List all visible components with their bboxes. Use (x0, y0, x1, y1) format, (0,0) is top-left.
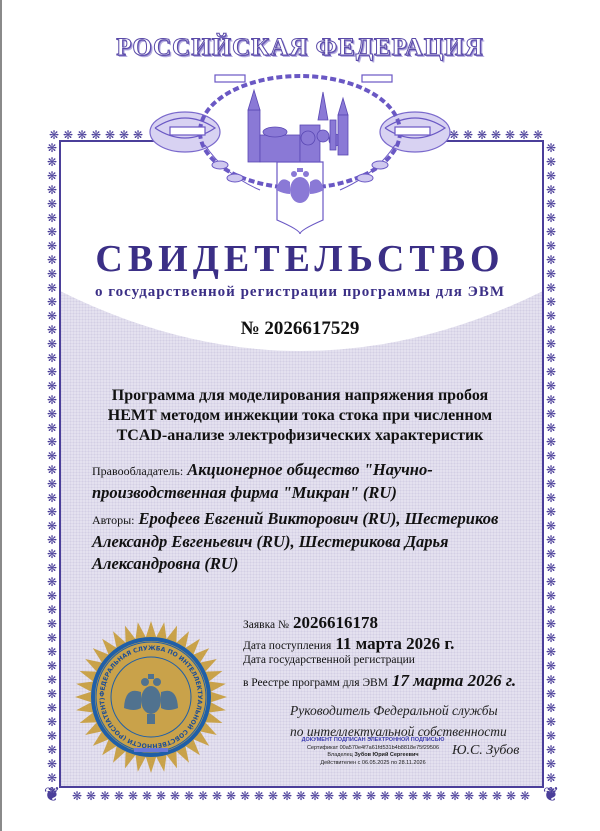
rights-holder: Правообладатель: Акционерное общество "Н… (92, 459, 522, 504)
ornament-icon: ❋ (45, 534, 59, 548)
registration-date: 17 марта 2026 г. (392, 671, 516, 690)
e-sign-title: ДОКУМЕНТ ПОДПИСАН ЭЛЕКТРОННОЙ ПОДПИСЬЮ (288, 737, 458, 745)
ornament-icon: ❋ (544, 492, 558, 506)
ornament-icon: ❋ (448, 789, 462, 803)
corner-flourish-icon: ❦ (541, 783, 561, 805)
ornament-icon: ❋ (45, 506, 59, 520)
ornament-icon: ❋ (544, 618, 558, 632)
electronic-signature-stamp: ДОКУМЕНТ ПОДПИСАН ЭЛЕКТРОННОЙ ПОДПИСЬЮ С… (288, 737, 458, 767)
authors: Авторы: Ерофеев Евгений Викторович (RU),… (92, 508, 522, 575)
ornament-icon: ❋ (517, 128, 531, 142)
ornament-icon: ❋ (45, 646, 59, 660)
ornament-icon: ❋ (544, 632, 558, 646)
ornament-icon: ❋ (544, 198, 558, 212)
ornament-icon: ❋ (392, 789, 406, 803)
ornament-icon: ❋ (364, 789, 378, 803)
ornament-icon: ❋ (266, 789, 280, 803)
ornament-icon: ❋ (45, 702, 59, 716)
certificate-number: № 2026617529 (0, 318, 600, 340)
ornament-icon: ❋ (45, 576, 59, 590)
ornament-icon: ❋ (544, 464, 558, 478)
ornament-icon: ❋ (531, 128, 545, 142)
ornament-icon: ❋ (238, 789, 252, 803)
ornament-icon: ❋ (503, 128, 517, 142)
ornament-icon: ❋ (84, 789, 98, 803)
ornament-icon: ❋ (70, 789, 84, 803)
ornament-icon: ❋ (544, 338, 558, 352)
authors-value: Ерофеев Евгений Викторович (RU), Шестери… (92, 509, 498, 573)
ornament-icon: ❋ (475, 128, 489, 142)
ornament-icon: ❋ (544, 534, 558, 548)
signatory-position-line: Руководитель Федеральной службы (290, 700, 530, 721)
ornament-icon: ❋ (45, 604, 59, 618)
registration-date-label-2: в Реестре программ для ЭВМ (243, 677, 388, 689)
e-sign-owner-name: Зубов Юрий Сергеевич (354, 752, 418, 758)
ornament-icon: ❋ (406, 789, 420, 803)
ornament-icon: ❋ (45, 170, 59, 184)
ornament-icon: ❋ (544, 562, 558, 576)
received-date: 11 марта 2026 г. (335, 634, 454, 653)
ornament-icon: ❋ (45, 478, 59, 492)
ornament-icon: ❋ (224, 789, 238, 803)
application-number: 2026616178 (293, 613, 378, 632)
ornament-icon: ❋ (140, 789, 154, 803)
ornament-icon: ❋ (168, 789, 182, 803)
ornament-icon: ❋ (544, 184, 558, 198)
application-number-label: Заявка № (243, 619, 289, 631)
received-date-label: Дата поступления (243, 640, 331, 652)
kremlin-emblem-illustration (140, 70, 460, 240)
document-title: СВИДЕТЕЛЬСТВО (0, 237, 600, 281)
ornament-icon: ❋ (61, 128, 75, 142)
ornament-icon: ❋ (544, 576, 558, 590)
ornament-icon: ❋ (544, 758, 558, 772)
ornament-icon: ❋ (45, 492, 59, 506)
program-title-line: TCAD-анализе электрофизических характери… (0, 426, 600, 446)
ornament-icon: ❋ (47, 128, 61, 142)
ornament-icon: ❋ (45, 366, 59, 380)
ornament-icon: ❋ (544, 450, 558, 464)
ornament-icon: ❋ (45, 548, 59, 562)
ornament-icon: ❋ (544, 478, 558, 492)
ornament-icon: ❋ (196, 789, 210, 803)
program-title: Программа для моделирования напряжения п… (0, 386, 600, 446)
application-details: Заявка № 2026616178 Дата поступления 11 … (243, 613, 543, 691)
ornament-icon: ❋ (420, 789, 434, 803)
ornament-icon: ❋ (544, 520, 558, 534)
ornament-icon: ❋ (45, 744, 59, 758)
ornament-icon: ❋ (75, 128, 89, 142)
ornament-icon: ❋ (45, 352, 59, 366)
ornament-icon: ❋ (45, 758, 59, 772)
ornament-icon: ❋ (45, 450, 59, 464)
ornament-icon: ❋ (476, 789, 490, 803)
ornament-icon: ❋ (544, 548, 558, 562)
ornament-icon: ❋ (434, 789, 448, 803)
ornament-icon: ❋ (518, 789, 532, 803)
e-sign-validity: Действителен с 06.05.2025 по 28.11.2026 (288, 760, 458, 768)
ornament-icon: ❋ (45, 212, 59, 226)
ornament-icon: ❋ (544, 716, 558, 730)
corner-flourish-icon: ❦ (42, 783, 62, 805)
rights-holder-label: Правообладатель: (92, 464, 183, 478)
ornament-icon: ❋ (45, 674, 59, 688)
ornament-icon: ❋ (544, 352, 558, 366)
ornament-icon: ❋ (45, 338, 59, 352)
ornament-icon: ❋ (103, 128, 117, 142)
ornament-icon: ❋ (45, 590, 59, 604)
ornament-icon: ❋ (182, 789, 196, 803)
ornament-icon: ❋ (89, 128, 103, 142)
ornament-icon: ❋ (252, 789, 266, 803)
signatory-position: Руководитель Федеральной службы по интел… (290, 700, 530, 742)
ornament-icon: ❋ (45, 660, 59, 674)
ornament-icon: ❋ (489, 128, 503, 142)
ornament-icon: ❋ (544, 730, 558, 744)
ornament-run: ❋❋❋❋❋❋❋❋❋❋❋❋❋❋❋❋❋❋❋❋❋❋❋❋❋❋❋❋❋❋❋❋❋ (70, 789, 532, 803)
ornament-icon: ❋ (45, 520, 59, 534)
signer-name: Ю.С. Зубов (452, 743, 519, 759)
ornament-icon: ❋ (45, 688, 59, 702)
ornament-icon: ❋ (45, 716, 59, 730)
ornament-icon: ❋ (117, 128, 131, 142)
ornament-icon: ❋ (378, 789, 392, 803)
ornament-icon: ❋ (126, 789, 140, 803)
ornament-icon: ❋ (544, 702, 558, 716)
ornament-icon: ❋ (280, 789, 294, 803)
ornament-icon: ❋ (544, 688, 558, 702)
ornament-icon: ❋ (544, 604, 558, 618)
ornament-icon: ❋ (45, 632, 59, 646)
ornament-icon: ❋ (544, 366, 558, 380)
registration-date-label-1: Дата государственной регистрации (243, 654, 543, 671)
ornament-icon: ❋ (544, 646, 558, 660)
e-sign-owner: Владелец Зубов Юрий Сергеевич (288, 752, 458, 760)
ornament-icon: ❋ (504, 789, 518, 803)
program-title-line: Программа для моделирования напряжения п… (0, 386, 600, 406)
ornament-icon: ❋ (544, 142, 558, 156)
ornament-icon: ❋ (45, 562, 59, 576)
ornament-icon: ❋ (45, 142, 59, 156)
country-heading: РОССИЙСКАЯ ФЕДЕРАЦИЯ (0, 34, 600, 62)
ornament-run: ❋❋❋❋❋❋❋ (47, 128, 145, 142)
ornament-icon: ❋ (294, 789, 308, 803)
ornament-icon: ❋ (45, 198, 59, 212)
ornament-icon: ❋ (544, 590, 558, 604)
ornament-icon: ❋ (544, 170, 558, 184)
official-seal: ФЕДЕРАЛЬНАЯ СЛУЖБА ПО ИНТЕЛЛЕКТУАЛЬНОЙ С… (72, 618, 230, 776)
ornament-icon: ❋ (45, 618, 59, 632)
ornament-icon: ❋ (154, 789, 168, 803)
ornament-icon: ❋ (45, 156, 59, 170)
ornament-icon: ❋ (544, 156, 558, 170)
ornament-icon: ❋ (336, 789, 350, 803)
authors-label: Авторы: (92, 513, 135, 527)
ornament-icon: ❋ (45, 730, 59, 744)
ornament-icon: ❋ (350, 789, 364, 803)
ornament-icon: ❋ (544, 212, 558, 226)
frame-bottom-line (59, 786, 544, 788)
program-title-line: HEMT методом инжекции тока стока при чис… (0, 406, 600, 426)
ornament-icon: ❋ (544, 674, 558, 688)
ornament-icon: ❋ (322, 789, 336, 803)
ornament-icon: ❋ (210, 789, 224, 803)
ornament-icon: ❋ (462, 789, 476, 803)
ornament-icon: ❋ (45, 464, 59, 478)
ornament-icon: ❋ (308, 789, 322, 803)
e-sign-owner-label: Владелец (327, 752, 352, 758)
ornament-icon: ❋ (544, 744, 558, 758)
ornament-icon: ❋ (544, 506, 558, 520)
ornament-run: ❋❋❋❋❋❋❋ (447, 128, 545, 142)
document-subtitle: о государственной регистрации программы … (0, 284, 600, 301)
ornament-icon: ❋ (98, 789, 112, 803)
ornament-icon: ❋ (461, 128, 475, 142)
ornament-icon: ❋ (544, 660, 558, 674)
e-sign-certificate: Сертификат 00a570e4f7a61fd531b4b8818e75f… (288, 745, 458, 753)
ornament-icon: ❋ (490, 789, 504, 803)
ornament-icon: ❋ (112, 789, 126, 803)
ornament-icon: ❋ (45, 184, 59, 198)
